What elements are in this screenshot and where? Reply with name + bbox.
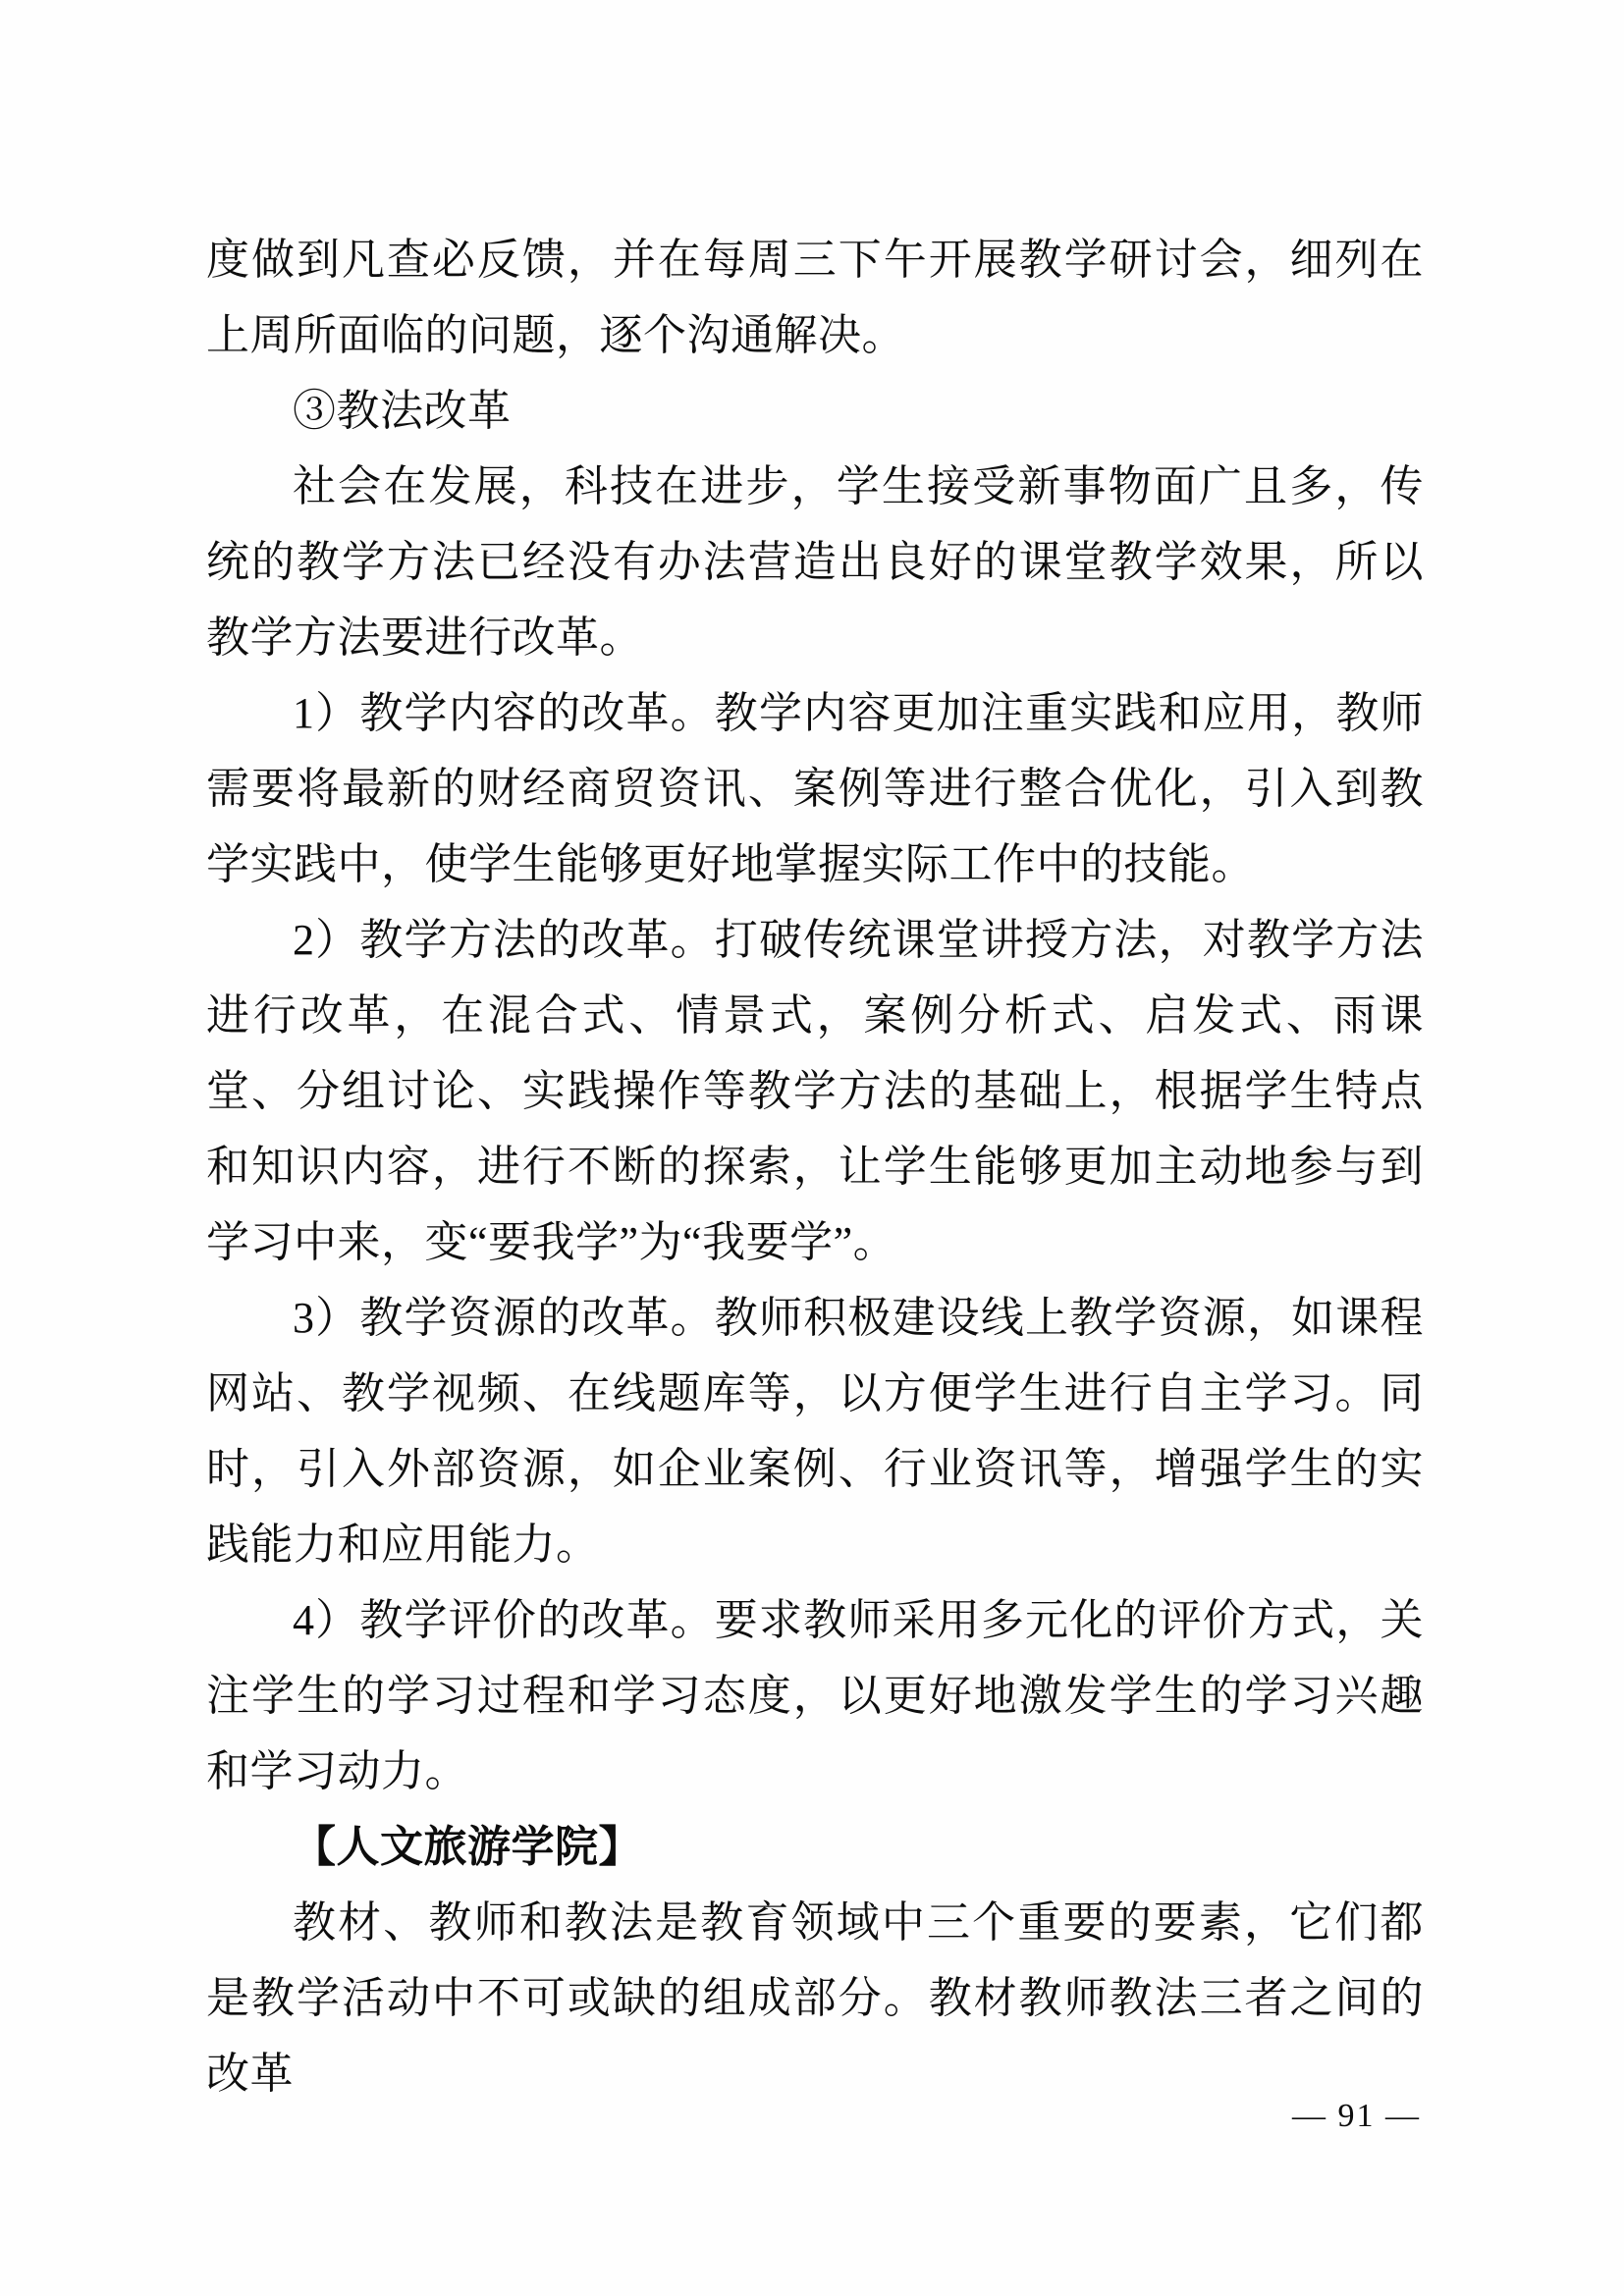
paragraph-item-1-content-reform: 1）教学内容的改革。教学内容更加注重实践和应用，教师需要将最新的财经商贸资讯、案… (206, 675, 1424, 902)
page-number: — 91 — (1292, 2097, 1421, 2136)
paragraph-item-3-resource-reform: 3）教学资源的改革。教师积极建设线上教学资源，如课程网站、教学视频、在线题库等，… (206, 1280, 1424, 1582)
paragraph-item-2-method-reform: 2）教学方法的改革。打破传统课堂讲授方法，对教学方法进行改革，在混合式、情景式，… (206, 902, 1424, 1280)
heading-humanities-tourism-college: 【人文旅游学院】 (206, 1809, 1424, 1885)
document-body: 度做到凡查必反馈，并在每周三下午开展教学研讨会，细列在上周所面临的问题，逐个沟通… (206, 222, 1424, 2111)
heading-teaching-method-reform: ③教法改革 (206, 373, 1424, 449)
paragraph-college-intro: 教材、教师和教法是教育领域中三个重要的要素，它们都是教学活动中不可或缺的组成部分… (206, 1885, 1424, 2111)
paragraph-intro: 社会在发展，科技在进步，学生接受新事物面广且多，传统的教学方法已经没有办法营造出… (206, 449, 1424, 675)
paragraph-continuation: 度做到凡查必反馈，并在每周三下午开展教学研讨会，细列在上周所面临的问题，逐个沟通… (206, 222, 1424, 373)
paragraph-item-4-evaluation-reform: 4）教学评价的改革。要求教师采用多元化的评价方式，关注学生的学习过程和学习态度，… (206, 1582, 1424, 1809)
document-page: 度做到凡查必反馈，并在每周三下午开展教学研讨会，细列在上周所面临的问题，逐个沟通… (0, 0, 1624, 2296)
